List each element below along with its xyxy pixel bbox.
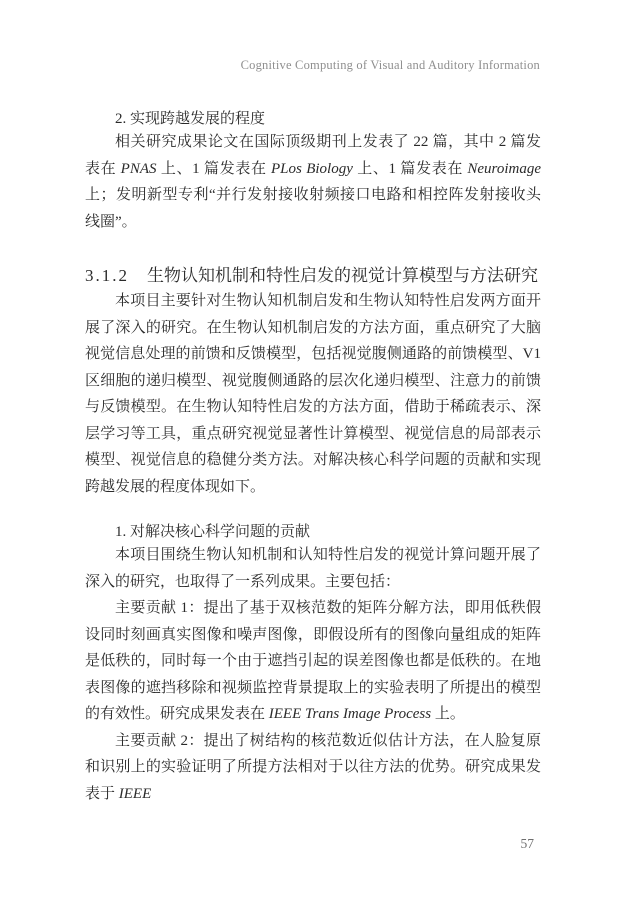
paragraph-contribution-2: 主要贡献 2：提出了树结构的核范数近似估计方法，在人脸复原和识别上的实验证明了所… xyxy=(85,728,541,808)
text-segment: 主要贡献 2：提出了树结构的核范数近似估计方法，在人脸复原和识别上的实验证明了所… xyxy=(85,733,541,802)
italic-text-segment: Neuroimage xyxy=(467,161,541,177)
text-segment: 上；发明新型专利“并行发射接收射频接口电路和相控阵发射接收头线圈”。 xyxy=(85,187,541,230)
text-segment: 主要贡献 1：提出了基于双核范数的矩阵分解方法，即用低秩假设同时刻画真实图像和噪… xyxy=(85,600,541,722)
italic-text-segment: IEEE Trans Image Process xyxy=(269,706,431,722)
italic-text-segment: PNAS xyxy=(121,161,157,177)
section-heading: 3.1.2生物认知机制和特性启发的视觉计算模型与方法研究 xyxy=(85,264,541,288)
heading-degree-of-development: 2. 实现跨越发展的程度 xyxy=(85,109,541,129)
page-number: 57 xyxy=(521,836,535,852)
text-segment: 上、1 篇发表在 xyxy=(157,161,271,177)
heading-contribution: 1. 对解决核心科学问题的贡献 xyxy=(85,522,541,542)
italic-text-segment: PLos Biology xyxy=(271,161,353,177)
section-title: 生物认知机制和特性启发的视觉计算模型与方法研究 xyxy=(147,266,538,285)
text-segment: 上。 xyxy=(431,706,465,722)
text-segment: 上、1 篇发表在 xyxy=(353,161,467,177)
section-number: 3.1.2 xyxy=(85,266,129,285)
paragraph-research-overview: 本项目主要针对生物认知机制启发和生物认知特性启发两方面开展了深入的研究。在生物认… xyxy=(85,288,541,500)
paragraph-contribution-1: 主要贡献 1：提出了基于双核范数的矩阵分解方法，即用低秩假设同时刻画真实图像和噪… xyxy=(85,595,541,728)
document-page: Cognitive Computing of Visual and Audito… xyxy=(0,0,643,908)
paragraph-contribution-intro: 本项目围绕生物认知机制和认知特性启发的视觉计算问题开展了深入的研究，也取得了一系… xyxy=(85,542,541,595)
italic-text-segment: IEEE xyxy=(119,786,151,802)
page-content: 2. 实现跨越发展的程度 相关研究成果论文在国际顶级期刊上发表了 22 篇，其中… xyxy=(85,0,541,807)
paragraph-publications: 相关研究成果论文在国际顶级期刊上发表了 22 篇，其中 2 篇发表在 PNAS … xyxy=(85,129,541,235)
